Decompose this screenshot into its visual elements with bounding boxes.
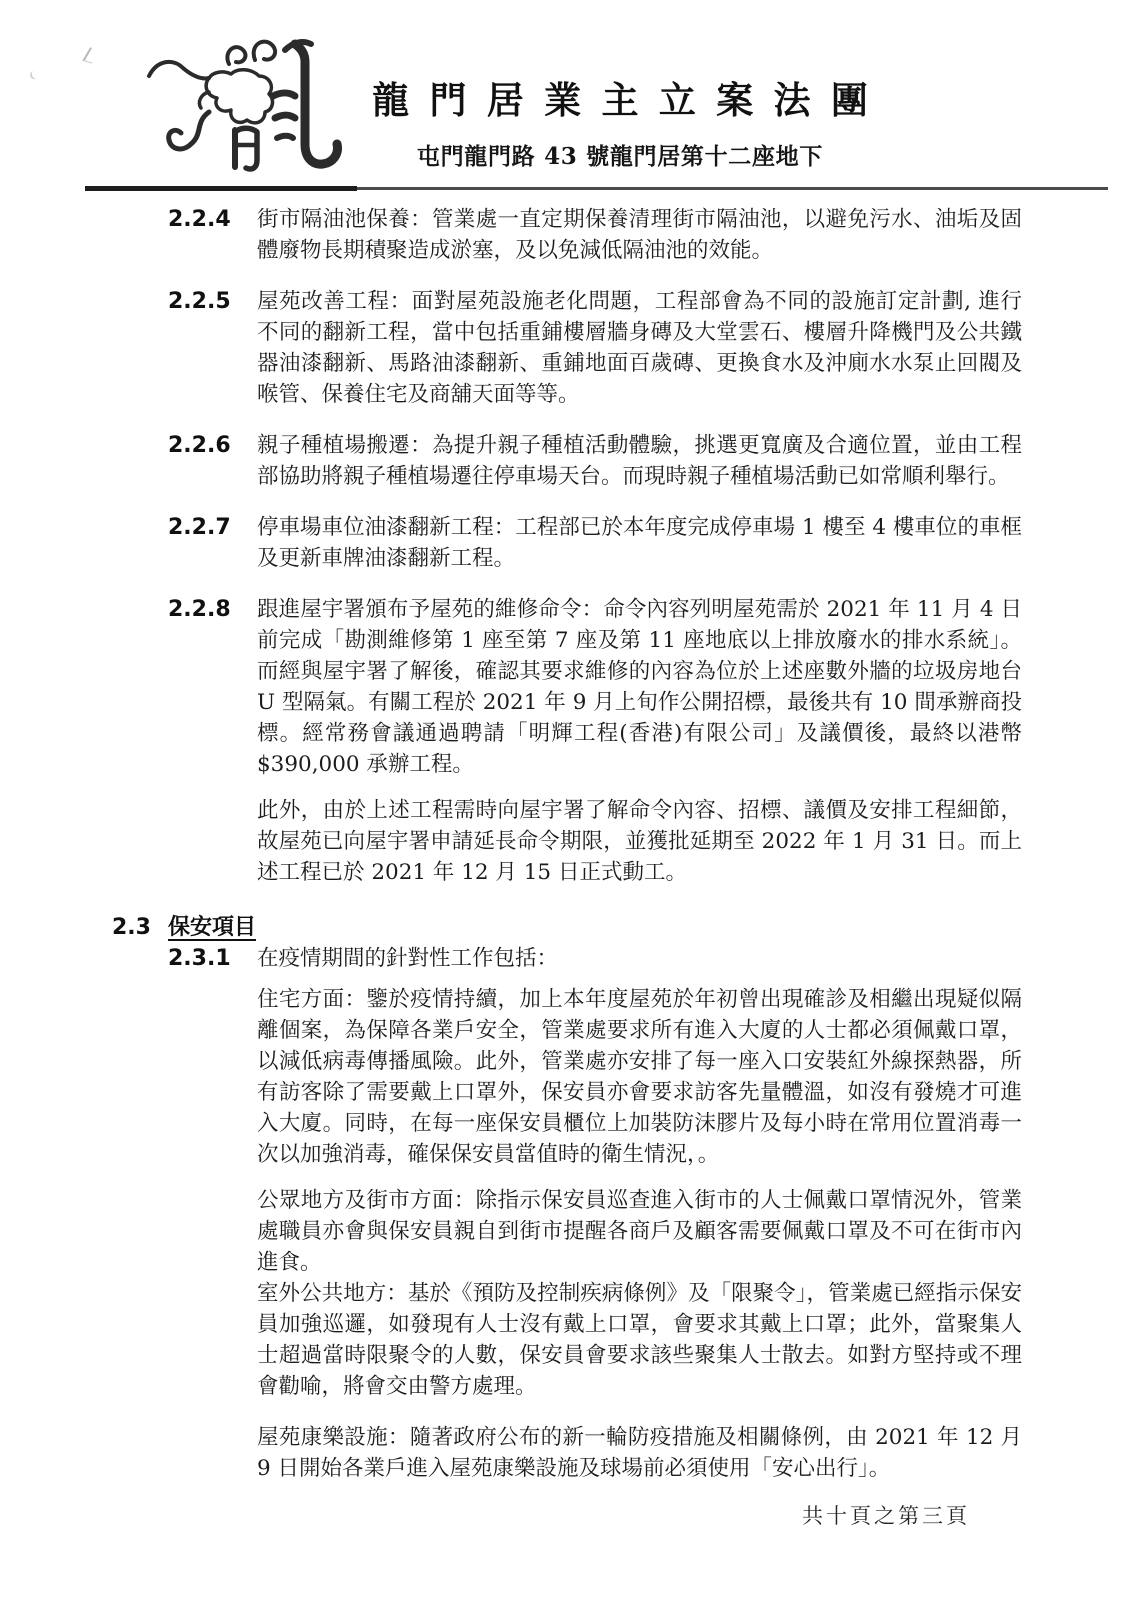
document-body: 2.2.4 街市隔油池保養：管業處一直定期保養清理街市隔油池，以避免污水、油垢及…	[0, 204, 1131, 1530]
org-address: 屯門龍門路 43 號龍門居第十二座地下	[340, 138, 900, 171]
org-name: 龍門居業主立案法團	[360, 70, 900, 124]
section-number: 2.2.8	[168, 594, 257, 625]
section-number: 2.2.7	[168, 512, 257, 543]
paragraph-public-market: 公眾地方及街市方面：除指示保安員巡查進入街市的人士佩戴口罩情況外，管業處職員亦會…	[257, 1185, 1022, 1278]
section-paragraph: 此外，由於上述工程需時向屋宇署了解命令內容、招標、議價及安排工程細節，故屋苑已向…	[257, 795, 1022, 888]
dragon-logo-icon	[143, 34, 348, 179]
section-paragraph: 街市隔油池保養：管業處一直定期保養清理街市隔油池，以避免污水、油垢及固體廢物長期…	[257, 204, 1022, 266]
paragraph-recreation: 屋苑康樂設施：隨著政府公布的新一輪防疫措施及相關條例，由 2021 年 12 月…	[257, 1422, 1022, 1484]
section-2-2-8: 2.2.8 跟進屋宇署頒布予屋苑的維修命令：命令內容列明屋苑需於 2021 年 …	[0, 594, 1131, 888]
section-2-2-5: 2.2.5 屋苑改善工程：面對屋苑設施老化問題，工程部會為不同的設施訂定計劃, …	[0, 286, 1131, 410]
section-number: 2.3.1	[168, 943, 257, 974]
section-number: 2.2.6	[168, 430, 257, 461]
letterhead: 龍門居業主立案法團 屯門龍門路 43 號龍門居第十二座地下	[340, 70, 900, 171]
section-2-3-1: 2.3.1 在疫情期間的針對性工作包括：	[0, 943, 1131, 974]
paragraph-outdoor: 室外公共地方：基於《預防及控制疾病條例》及「限聚令」，管業處已經指示保安員加強巡…	[257, 1278, 1022, 1402]
section-paragraph: 屋苑改善工程：面對屋苑設施老化問題，工程部會為不同的設施訂定計劃, 進行不同的翻…	[257, 286, 1022, 410]
section-title: 保安項目	[168, 912, 256, 943]
subsection-intro: 在疫情期間的針對性工作包括：	[257, 943, 1022, 974]
section-paragraph: 停車場車位油漆翻新工程：工程部已於本年度完成停車場 1 樓至 4 樓車位的車框及…	[257, 512, 1022, 574]
section-2-2-4: 2.2.4 街市隔油池保養：管業處一直定期保養清理街市隔油池，以避免污水、油垢及…	[0, 204, 1131, 266]
section-number: 2.2.5	[168, 286, 257, 317]
section-2-3-1-paragraphs: 住宅方面：鑒於疫情持續，加上本年度屋苑於年初曾出現確診及相繼出現疑似隔離個案，為…	[257, 984, 1022, 1484]
section-2-3-heading: 2.3 保安項目	[0, 912, 1131, 943]
section-2-2-6: 2.2.6 親子種植場搬遷：為提升親子種植活動體驗，挑選更寬廣及合適位置，並由工…	[0, 430, 1131, 492]
section-paragraph: 跟進屋宇署頒布予屋苑的維修命令：命令內容列明屋苑需於 2021 年 11 月 4…	[257, 594, 1022, 780]
section-number: 2.2.4	[168, 204, 257, 235]
scan-artifact	[82, 47, 99, 63]
header-divider	[85, 187, 1108, 190]
section-paragraph: 親子種植場搬遷：為提升親子種植活動體驗，挑選更寬廣及合適位置，並由工程部協助將親…	[257, 430, 1022, 492]
section-number: 2.3	[112, 912, 168, 943]
scan-artifact	[29, 68, 43, 81]
page-number: 共十頁之第三頁	[0, 1500, 1131, 1530]
paragraph-residential: 住宅方面：鑒於疫情持續，加上本年度屋苑於年初曾出現確診及相繼出現疑似隔離個案，為…	[257, 984, 1022, 1170]
section-2-2-7: 2.2.7 停車場車位油漆翻新工程：工程部已於本年度完成停車場 1 樓至 4 樓…	[0, 512, 1131, 574]
